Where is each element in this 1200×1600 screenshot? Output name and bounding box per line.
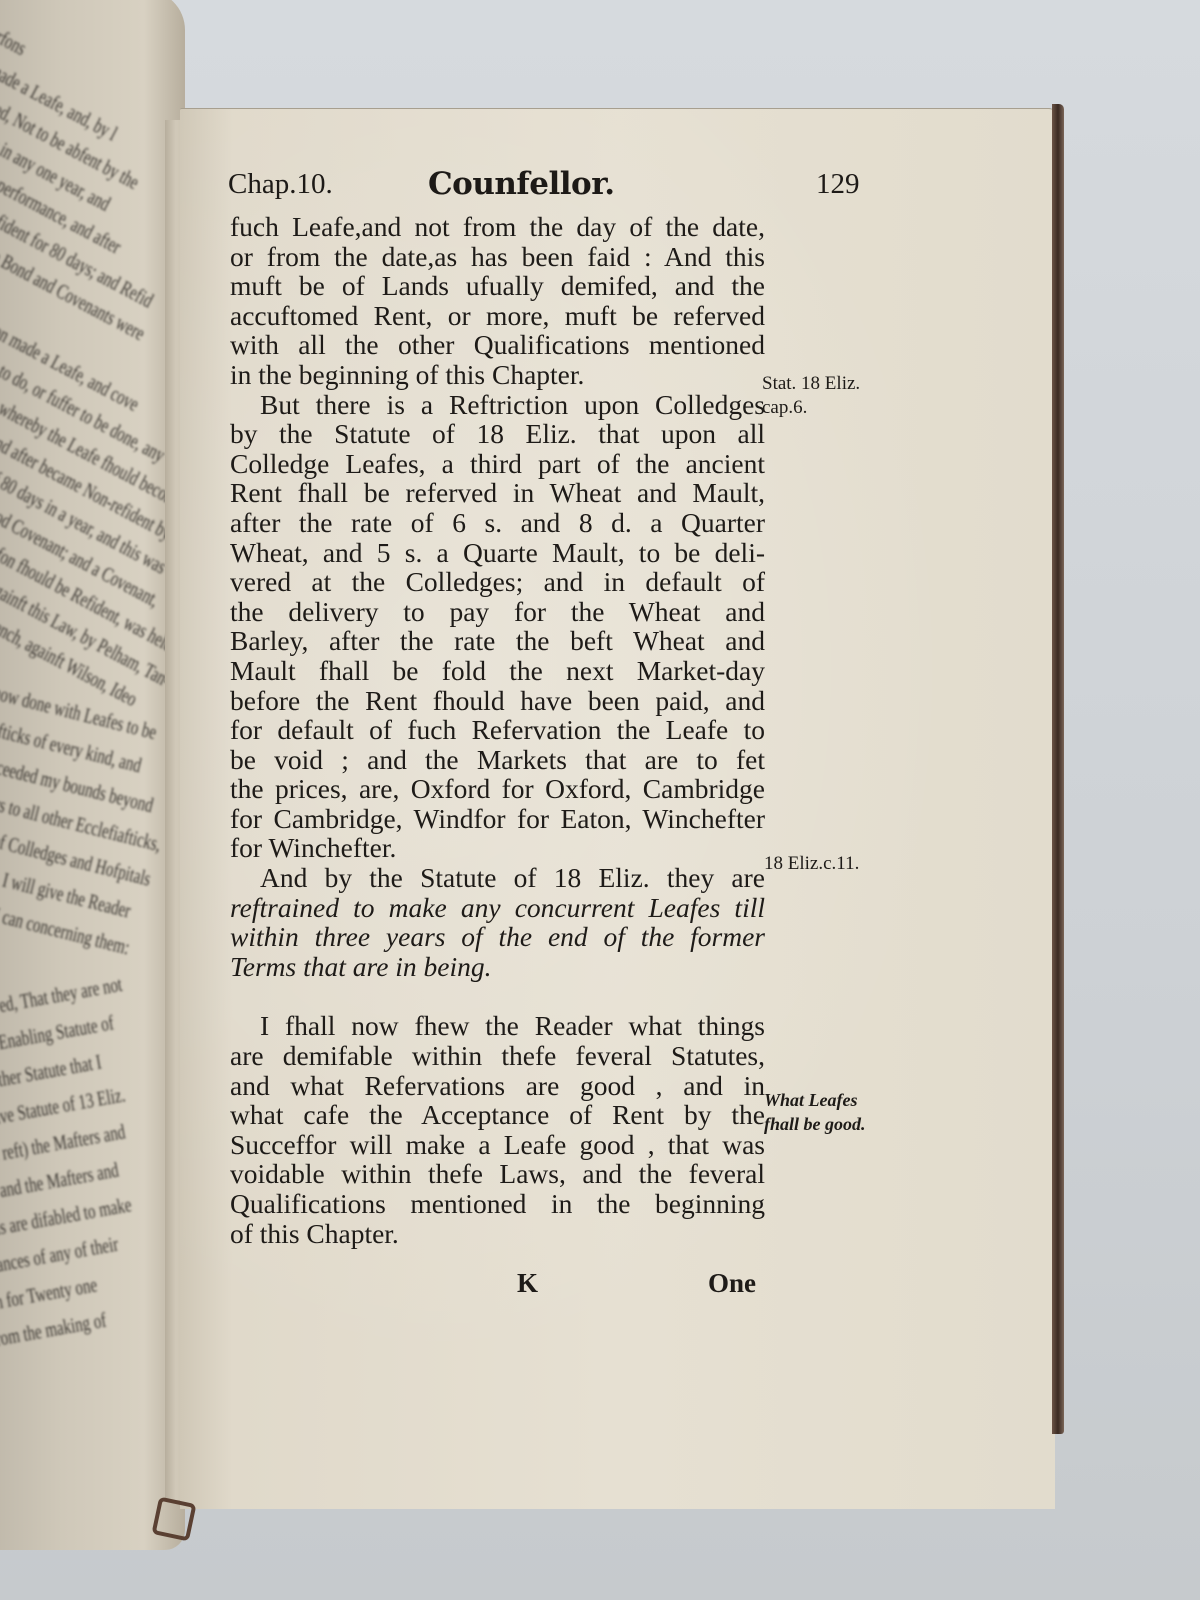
text-line: for Cambridge, Windfor for Eaton, Winche…: [230, 804, 765, 834]
text-line: and what Refervations are good , and in: [230, 1071, 765, 1101]
text-line: within three years of the end of the for…: [230, 922, 765, 952]
signature-mark: K: [517, 1268, 538, 1299]
headband-thread: [151, 1496, 196, 1541]
page-number: 129: [816, 168, 860, 201]
text-line: by the Statute of 18 Eliz. that upon all: [230, 419, 765, 449]
text-line: But there is a Reftriction upon Colledge…: [230, 390, 765, 420]
text-line: with all the other Qualifications mentio…: [230, 330, 765, 360]
text-line: Terms that are in being.: [230, 952, 765, 982]
text-line: in the beginning of this Chapter.: [230, 360, 765, 390]
text-line: be void ; and the Markets that are to fe…: [230, 745, 765, 775]
margin-note-line: 18 Eliz.c.11.: [764, 852, 859, 876]
text-line: Qualifications mentioned in the beginnin…: [230, 1189, 765, 1219]
text-line: Succeffor will make a Leafe good , that …: [230, 1130, 765, 1160]
text-line: Rent fhall be referved in Wheat and Maul…: [230, 478, 765, 508]
margin-note-18-eliz-c11: 18 Eliz.c.11.: [764, 852, 859, 876]
running-title: Counfellor.: [428, 166, 615, 202]
running-head: Chap.10. Counfellor. 129: [228, 168, 868, 208]
text-line: after the rate of 6 s. and 8 d. a Quarte…: [230, 508, 765, 538]
text-line: Mault fhall be fold the next Market-day: [230, 656, 765, 686]
text-line: reftrained to make any concurrent Leafes…: [230, 893, 765, 923]
text-line: what cafe the Acceptance of Rent by the: [230, 1100, 765, 1130]
text-line: And by the Statute of 18 Eliz. they are: [230, 863, 765, 893]
text-line: before the Rent fhould have been paid, a…: [230, 686, 765, 716]
margin-note-line: Stat. 18 Eliz.: [762, 372, 860, 396]
text-line: voidable within thefe Laws, and the feve…: [230, 1159, 765, 1189]
text-line: Colledge Leafes, a third part of the anc…: [230, 449, 765, 479]
text-line: of this Chapter.: [230, 1219, 765, 1249]
margin-note-line: cap.6.: [762, 396, 860, 420]
text-line: the prices, are, Oxford for Oxford, Camb…: [230, 774, 765, 804]
text-line: accuftomed Rent, or more, muft be referv…: [230, 301, 765, 331]
text-line: for default of fuch Refervation the Leaf…: [230, 715, 765, 745]
body-text: fuch Leafe,and not from the day of the d…: [230, 212, 765, 1248]
text-line: are demifable within thefe feveral Statu…: [230, 1041, 765, 1071]
margin-note-line: What Leafes: [764, 1088, 866, 1112]
text-line: vered at the Colledges; and in default o…: [230, 567, 765, 597]
page-edge: [1052, 104, 1064, 1434]
margin-note-line: fhall be good.: [764, 1112, 866, 1136]
catchword: One: [708, 1268, 756, 1299]
left-facing-page: The Parfonsntion made a Leafe, and, by l…: [0, 0, 185, 1550]
margin-note-what-leases: What Leafes fhall be good.: [764, 1088, 866, 1136]
margin-note-stat-18-eliz: Stat. 18 Eliz. cap.6.: [762, 372, 860, 420]
text-line: fuch Leafe,and not from the day of the d…: [230, 212, 765, 242]
text-line: the delivery to pay for the Wheat and: [230, 597, 765, 627]
text-line: I fhall now fhew the Reader what things: [230, 1011, 765, 1041]
text-line: Barley, after the rate the beft Wheat an…: [230, 626, 765, 656]
text-line: muft be of Lands ufually demifed, and th…: [230, 271, 765, 301]
left-page-line: The Parfons: [0, 2, 32, 63]
text-line: for Winchefter.: [230, 833, 765, 863]
text-line: Wheat, and 5 s. a Quarte Mault, to be de…: [230, 538, 765, 568]
paragraph-gap: [230, 981, 765, 1011]
chapter-label: Chap.10.: [228, 168, 333, 201]
text-line: or from the date,as has been faid : And …: [230, 242, 765, 272]
